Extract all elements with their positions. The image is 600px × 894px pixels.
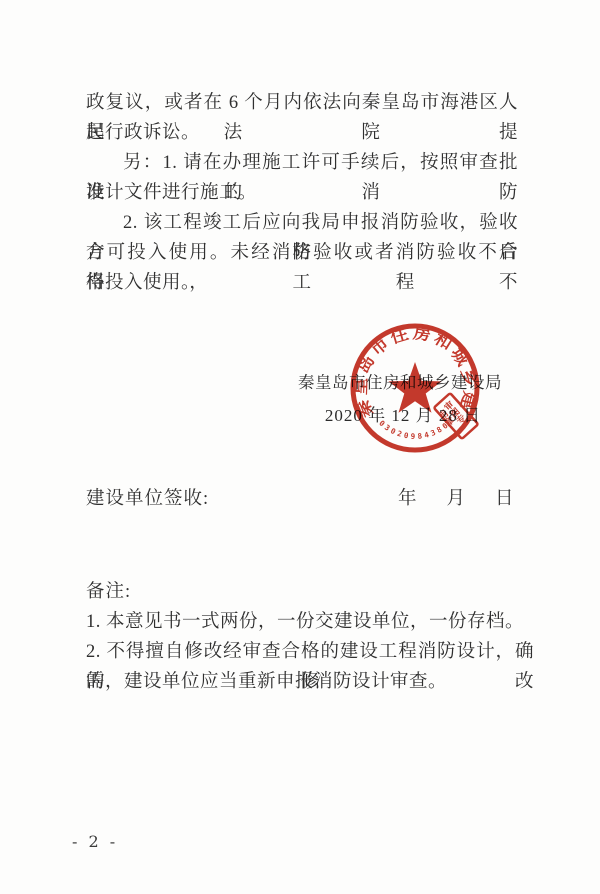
text-line: 另：1. 请在办理施工许可手续后，按照审查批准的消防 xyxy=(86,148,518,178)
text-line: 2. 该工程竣工后应向我局申报消防验收，验收合格后 xyxy=(86,208,518,238)
text-line: 1. 本意见书一式两份，一份交建设单位，一份存档。 xyxy=(86,607,534,637)
notes-section: 备注: 1. 本意见书一式两份，一份交建设单位，一份存档。2. 不得擅自修改经审… xyxy=(86,577,534,697)
receipt-row: 建设单位签收: 年 月 日 xyxy=(86,486,518,512)
text-line: 2. 不得擅自修改经审查合格的建设工程消防设计，确需修改 xyxy=(86,637,534,667)
seal-serial-number: 03020984380 xyxy=(377,419,451,441)
receipt-label: 建设单位签收: xyxy=(86,486,209,512)
text-line: 方可投入使用。未经消防验收或者消防验收不合格，工程不 xyxy=(86,238,518,268)
month-label: 月 xyxy=(447,486,467,512)
official-seal: 秦皇岛市住房和城乡建设局 03020984380 审图专 用章 xyxy=(346,317,488,463)
star-icon xyxy=(388,362,441,413)
notes-lines: 1. 本意见书一式两份，一份交建设单位，一份存档。2. 不得擅自修改经审查合格的… xyxy=(86,607,534,697)
notes-title: 备注: xyxy=(86,577,534,607)
day-label: 日 xyxy=(495,486,515,512)
year-label: 年 xyxy=(398,486,418,512)
document-page: 政复议，或者在 6 个月内依法向秦皇岛市海港区人民法院提起行政诉讼。另：1. 请… xyxy=(0,0,600,894)
body-paragraphs: 政复议，或者在 6 个月内依法向秦皇岛市海港区人民法院提起行政诉讼。另：1. 请… xyxy=(86,88,518,298)
date-blanks: 年 月 日 xyxy=(398,486,515,512)
text-line: 政复议，或者在 6 个月内依法向秦皇岛市海港区人民法院提 xyxy=(86,88,518,118)
page-number: - 2 - xyxy=(72,832,118,851)
